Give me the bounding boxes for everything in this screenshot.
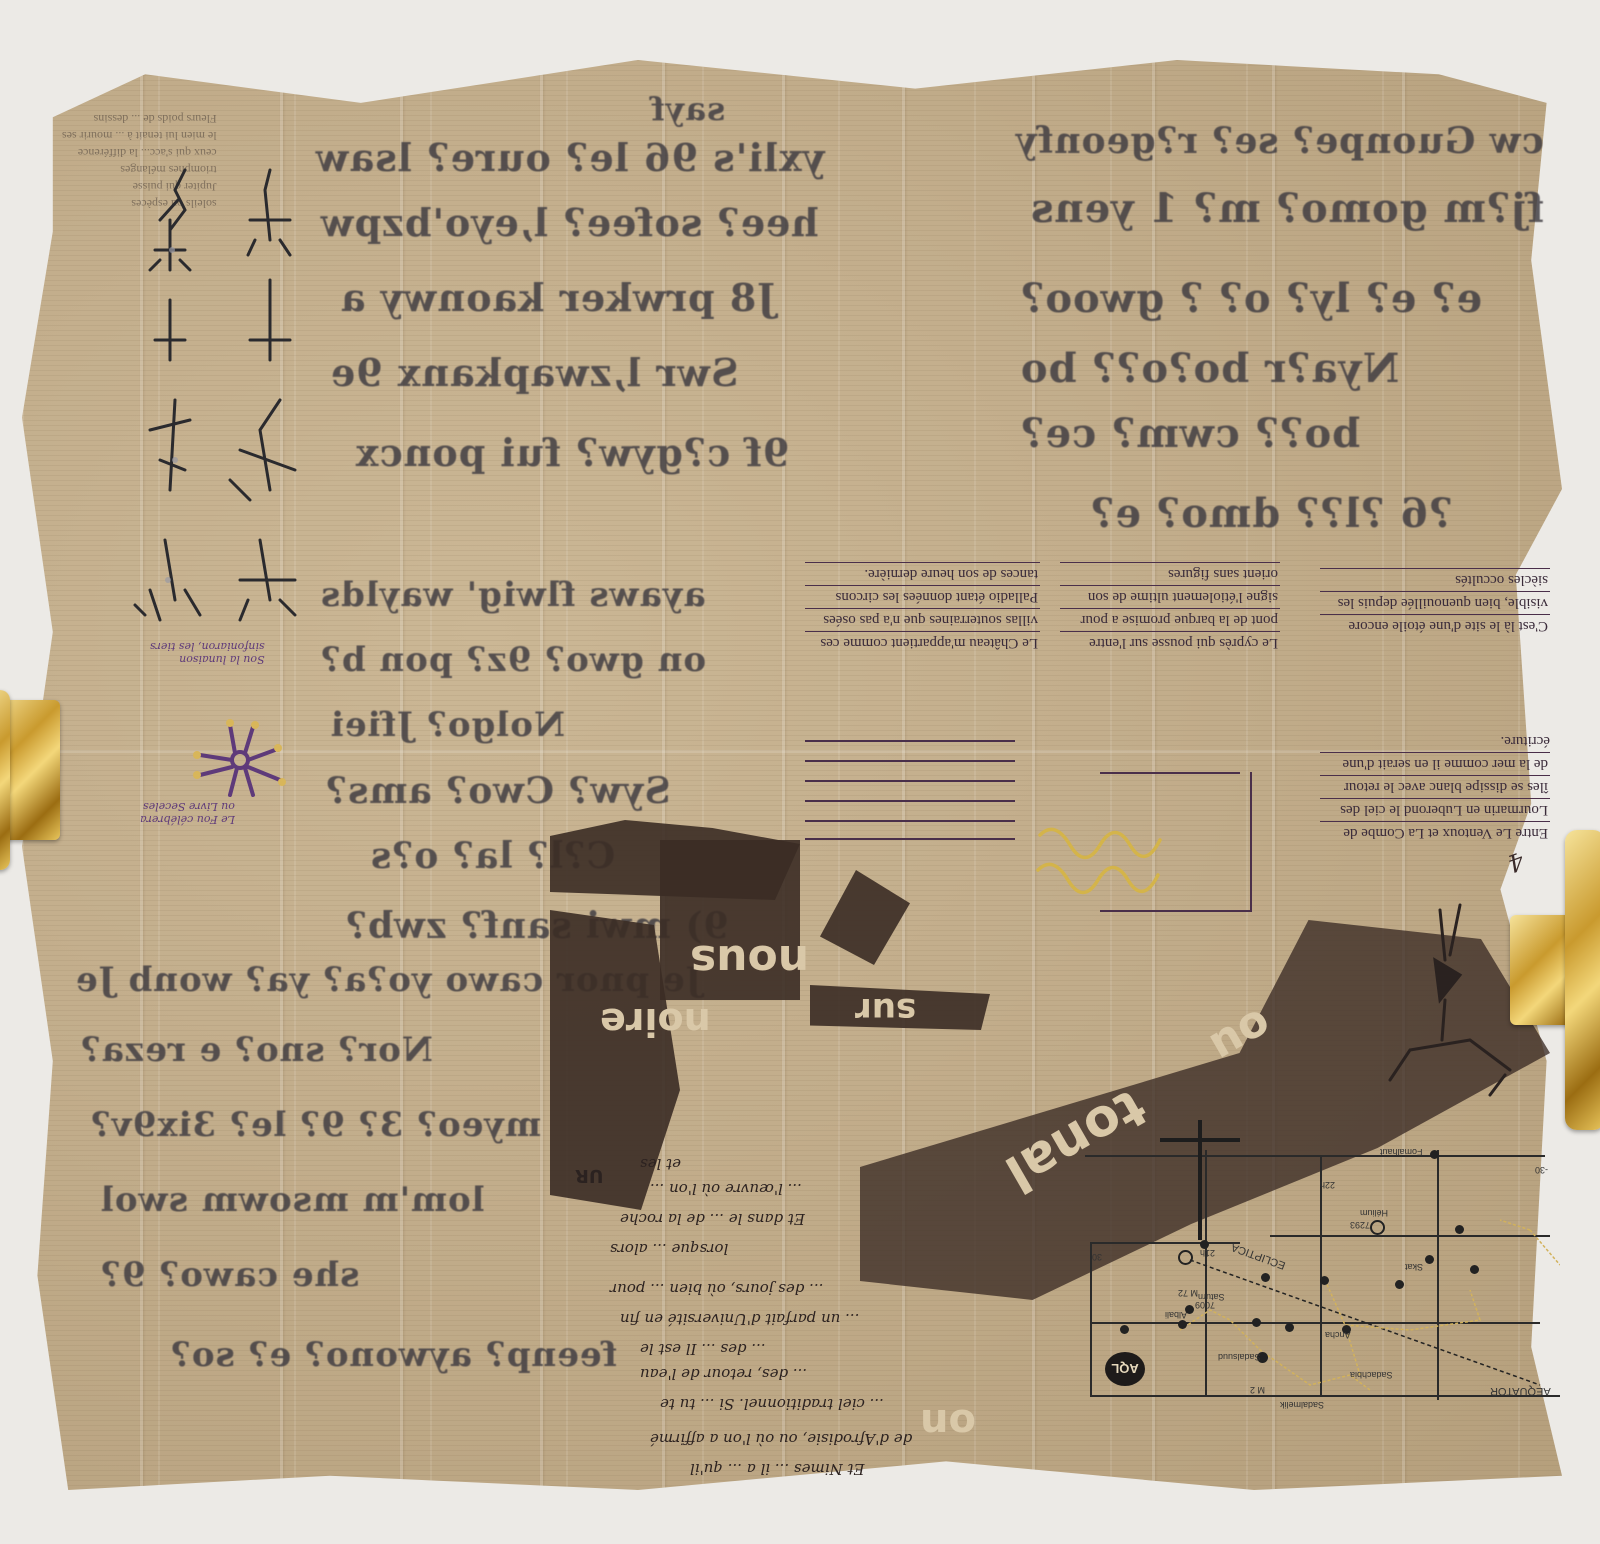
script-line: de d'Afrodisie, ou où l'on a affirmé xyxy=(650,1430,912,1448)
purple-star-glyph-icon xyxy=(185,715,295,805)
print-line: de la mer comme il en serait d'une xyxy=(1320,752,1550,775)
print-column-2: Le cyprès qui pousse sur l'entre pont de… xyxy=(1060,562,1280,654)
map-label: Sadalmelik xyxy=(1280,1400,1324,1410)
script-line: ... des, retour de l'eau xyxy=(640,1365,807,1383)
map-label: Fomalhaut xyxy=(1380,1147,1423,1157)
star-marker xyxy=(1395,1280,1404,1289)
handwriting-line: sayf xyxy=(650,90,725,128)
handwriting-line: yxli's 96 le? oure? lsaw xyxy=(315,135,825,180)
stick-figures-icon xyxy=(130,160,310,640)
constellation-badge: AQL xyxy=(1105,1352,1145,1386)
handwriting-line: fj?m gomo? m? 1 yens xyxy=(1030,185,1544,232)
collage-word: nous xyxy=(690,935,809,986)
print-line: Lourmarin en Luberond le ciel des xyxy=(1320,798,1550,821)
star-marker xyxy=(1320,1276,1329,1285)
handwriting-line: ayaws flwig' waylds xyxy=(320,575,706,615)
star-marker xyxy=(1252,1318,1261,1327)
page-number: 4 xyxy=(1504,846,1528,878)
script-line: ... des jours, où bien ... pour xyxy=(610,1280,823,1298)
script-line: Et Nimes ... il a ... qu'il xyxy=(690,1460,864,1478)
script-line: lorsque ... alors xyxy=(610,1240,728,1258)
star-marker xyxy=(1178,1320,1187,1329)
purple-note-line: Sou la lunaison xyxy=(150,653,265,666)
print-line: Entre Le Ventoux et La Combe de xyxy=(1320,821,1550,844)
print-column-1: Le Château m'appartient comme ces villas… xyxy=(805,562,1040,654)
collage-word: UR xyxy=(575,1165,603,1186)
fold-line xyxy=(782,60,785,1490)
handwriting-line: J8 prwker kaonwy a xyxy=(340,275,775,320)
handwriting-line: feenp? aywono? e? so? xyxy=(170,1335,617,1375)
map-label: Albali xyxy=(1165,1310,1187,1320)
print-line: signe l'étiolement ultime de son xyxy=(1060,585,1280,608)
star-marker xyxy=(1261,1273,1270,1282)
purple-note-line: ou Livre Seceles xyxy=(140,800,235,813)
print-line: siècles occultés xyxy=(1320,568,1550,591)
handwriting-line: Nya?r bo?o?? bo xyxy=(1020,345,1399,392)
script-line: Et dans le ... de la roche xyxy=(620,1210,805,1228)
cluster-marker xyxy=(1370,1220,1385,1235)
purple-note-bottom: Le Fou célébrera ou Livre Seceles xyxy=(140,800,235,826)
script-line: ... l'œuvre où l'on ... xyxy=(650,1180,802,1198)
handwriting-line: bo?? cwm? ce? xyxy=(1020,410,1360,457)
handwriting-line: she cawo? 9? xyxy=(100,1255,359,1295)
map-label: 21h xyxy=(1200,1248,1215,1258)
print-line: Le cyprès qui pousse sur l'entre xyxy=(1060,631,1280,654)
gold-clip-right-grip xyxy=(1565,830,1600,1130)
script-line: ... des ... Il est le xyxy=(640,1340,766,1358)
map-label: AEQUATOR xyxy=(1490,1385,1551,1397)
handwriting-line: Nor? sno? e reza? xyxy=(80,1030,433,1070)
map-label: M 72 xyxy=(1178,1288,1198,1298)
script-line: ... un parfait d'Université en fin xyxy=(620,1310,859,1328)
print-line: Palladio étant données les circons xyxy=(805,585,1040,608)
map-label: Skat xyxy=(1405,1262,1423,1272)
map-label: 7293 xyxy=(1350,1220,1370,1230)
print-line: îles se dissipe blanc avec le retour xyxy=(1320,775,1550,798)
print-line: visible, bien quenouillée depuis les xyxy=(1320,591,1550,614)
map-label: M 2 xyxy=(1250,1385,1265,1395)
print-line: écriture. xyxy=(1320,730,1550,752)
collage-word: on xyxy=(920,1400,976,1446)
handwriting-line: hee? sofee? l,eyo'bzpw xyxy=(320,200,819,245)
box-right-line xyxy=(1250,772,1252,912)
handwriting-line: cw Guonpe? se? r?geonfy xyxy=(1015,120,1544,162)
star-marker xyxy=(1285,1323,1294,1332)
print-column-3: C'est là le site d'une étoile encore vis… xyxy=(1320,568,1550,637)
ruled-line xyxy=(805,780,1015,782)
ruled-line xyxy=(805,820,1015,822)
print-column-4: Entre Le Ventoux et La Combe de Lourmari… xyxy=(1320,730,1550,844)
map-label: Sadalsuud xyxy=(1218,1352,1261,1362)
box-bottom-line xyxy=(1100,910,1252,912)
purple-note-line: Le Fou célébrera xyxy=(140,813,235,826)
handwriting-line: Swr l,zwapkanx 9e xyxy=(330,350,739,395)
map-label: Hélium xyxy=(1360,1208,1388,1218)
gold-clip-left-grip xyxy=(0,690,10,870)
handwriting-line: 9f c?gyw? fui poncx xyxy=(355,430,789,475)
map-label: Sadachbia xyxy=(1350,1370,1393,1380)
handwriting-line: myeo? 3? 9? le? 3ix9v? xyxy=(90,1105,541,1145)
print-line: villas souterraines que n'a pas osées xyxy=(805,608,1040,631)
handwriting-line: Nolgo? Jfiei xyxy=(330,705,565,745)
star-marker xyxy=(1120,1325,1129,1334)
purple-note: Sou la lunaison sinfoniaron, les tiers xyxy=(150,640,265,666)
handwriting-line: e? e? ly? o? ? gwoo? xyxy=(1020,275,1482,322)
map-label: 30 xyxy=(1092,1252,1102,1262)
print-line: Le Château m'appartient comme ces xyxy=(805,631,1040,654)
star-marker xyxy=(1470,1265,1479,1274)
print-line: orient sans figures xyxy=(1060,562,1280,585)
handwriting-line: on gwo? 9z? pon b? xyxy=(320,640,706,680)
map-label: Ancha xyxy=(1325,1330,1351,1340)
handwriting-line: ?6 ?l?? dmo? e? xyxy=(1090,490,1453,537)
collage-word: noire xyxy=(600,1000,711,1044)
script-line: et les xyxy=(640,1155,681,1173)
print-line: le mien lui tenait à ... mourir ses xyxy=(62,127,217,144)
aquarius-waves-icon xyxy=(1035,825,1185,895)
map-label: -30 xyxy=(1535,1165,1548,1175)
purple-note-line: sinfoniaron, les tiers xyxy=(150,640,265,653)
map-label: 22h xyxy=(1320,1180,1335,1190)
handwriting-line: lom'm msowm swol xyxy=(100,1180,485,1220)
ruled-line xyxy=(805,800,1015,802)
stick-figure-right-icon xyxy=(1380,900,1520,1120)
script-line: ... ciel traditionnel. Si ... tu te xyxy=(660,1395,884,1413)
star-marker xyxy=(1430,1150,1439,1159)
print-line: Fleurs poids de ... dessins xyxy=(62,110,217,127)
collage-word: sur xyxy=(855,990,916,1030)
print-line: C'est là le site d'une étoile encore xyxy=(1320,614,1550,637)
star-marker xyxy=(1425,1255,1434,1264)
ruled-line xyxy=(805,760,1015,762)
map-label: 7009 xyxy=(1195,1300,1215,1310)
star-marker xyxy=(1455,1225,1464,1234)
box-top-line xyxy=(1100,772,1240,774)
print-line: ceux qui s'acc... la différence xyxy=(62,144,217,161)
saturn-marker xyxy=(1178,1250,1193,1265)
handwriting-line: Syw? Cwo? ams? xyxy=(325,770,671,812)
print-line: tances de son heure dernière. xyxy=(805,562,1040,585)
print-line: pont de la barque promise a pour xyxy=(1060,608,1280,631)
ruled-line xyxy=(805,740,1015,742)
ruled-line xyxy=(805,838,1015,840)
